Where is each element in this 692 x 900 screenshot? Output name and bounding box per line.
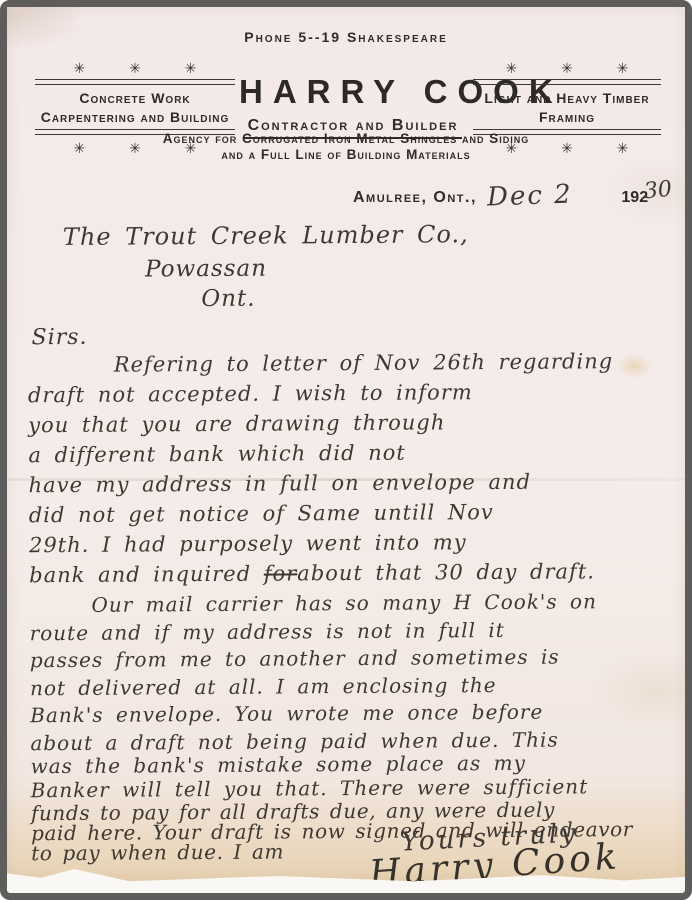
- handwritten-line: paid here. Your draft is now signed and …: [31, 817, 681, 842]
- struck-word: for: [264, 561, 298, 585]
- company-name: HARRY COOK: [239, 73, 467, 111]
- handwritten-line: 29th. I had purposely went into my: [29, 529, 679, 564]
- dateline: Amulree, Ont., Dec 2 192 30: [353, 179, 672, 209]
- recipient-town: Powassan: [27, 253, 677, 288]
- dateline-year-handwritten: 30: [642, 177, 672, 205]
- handwritten-line-with-strikeout: bank and inquired forabout that 30 day d…: [29, 559, 679, 594]
- paper-crease: [7, 478, 685, 481]
- handwritten-line: did not get notice of Same untill Nov: [29, 499, 679, 534]
- masthead: HARRY COOK Contractor and Builder: [239, 73, 467, 139]
- strike-line-pre: bank and inquired: [29, 562, 264, 588]
- phone-line: Phone 5--19 Shakespeare: [7, 29, 685, 45]
- handwritten-line: a different bank which did not: [28, 439, 678, 474]
- handwritten-line: Refering to letter of Nov 26th regarding: [28, 349, 678, 384]
- service-line: Light and Heavy Timber: [473, 89, 661, 108]
- service-line: Concrete Work: [35, 89, 235, 108]
- letter-paper: Phone 5--19 Shakespeare ✳ ✳ ✳ Concrete W…: [7, 7, 685, 883]
- scanned-letter: Phone 5--19 Shakespeare ✳ ✳ ✳ Concrete W…: [0, 0, 692, 900]
- handwritten-line: draft not accepted. I wish to inform: [28, 379, 678, 414]
- recipient-name: The Trout Creek Lumber Co.,: [27, 219, 677, 258]
- agency-line-1: Agency for Corrugated Iron Metal Shingle…: [7, 131, 685, 147]
- recipient-province: Ont.: [27, 283, 677, 318]
- paragraph-2: Our mail carrier has so many H Cook's on…: [29, 589, 681, 862]
- agency-line-2: and a Full Line of Building Materials: [7, 147, 685, 163]
- handwritten-line: Banker will tell you that. There were su…: [31, 773, 681, 801]
- paragraph-1: Refering to letter of Nov 26th regarding…: [28, 349, 680, 594]
- service-line: Framing: [473, 108, 661, 127]
- ornament-stars-icon: ✳ ✳ ✳: [35, 59, 235, 77]
- strike-line-post: about that 30 day draft.: [297, 559, 595, 585]
- handwritten-line: you that you are drawing through: [28, 409, 678, 444]
- double-rule: [35, 79, 235, 85]
- handwritten-letter: The Trout Creek Lumber Co., Powassan Ont…: [27, 219, 681, 862]
- salutation: Sirs.: [27, 321, 677, 354]
- ornament-stars-icon: ✳ ✳ ✳: [473, 59, 661, 77]
- dateline-place: Amulree, Ont.,: [353, 189, 477, 206]
- dateline-handwritten-date: Dec 2: [487, 180, 574, 213]
- agency-lines: Agency for Corrugated Iron Metal Shingle…: [7, 131, 685, 163]
- double-rule: [473, 79, 661, 85]
- service-line: Carpentering and Building: [35, 108, 235, 127]
- handwritten-line: have my address in full on envelope and: [29, 469, 679, 504]
